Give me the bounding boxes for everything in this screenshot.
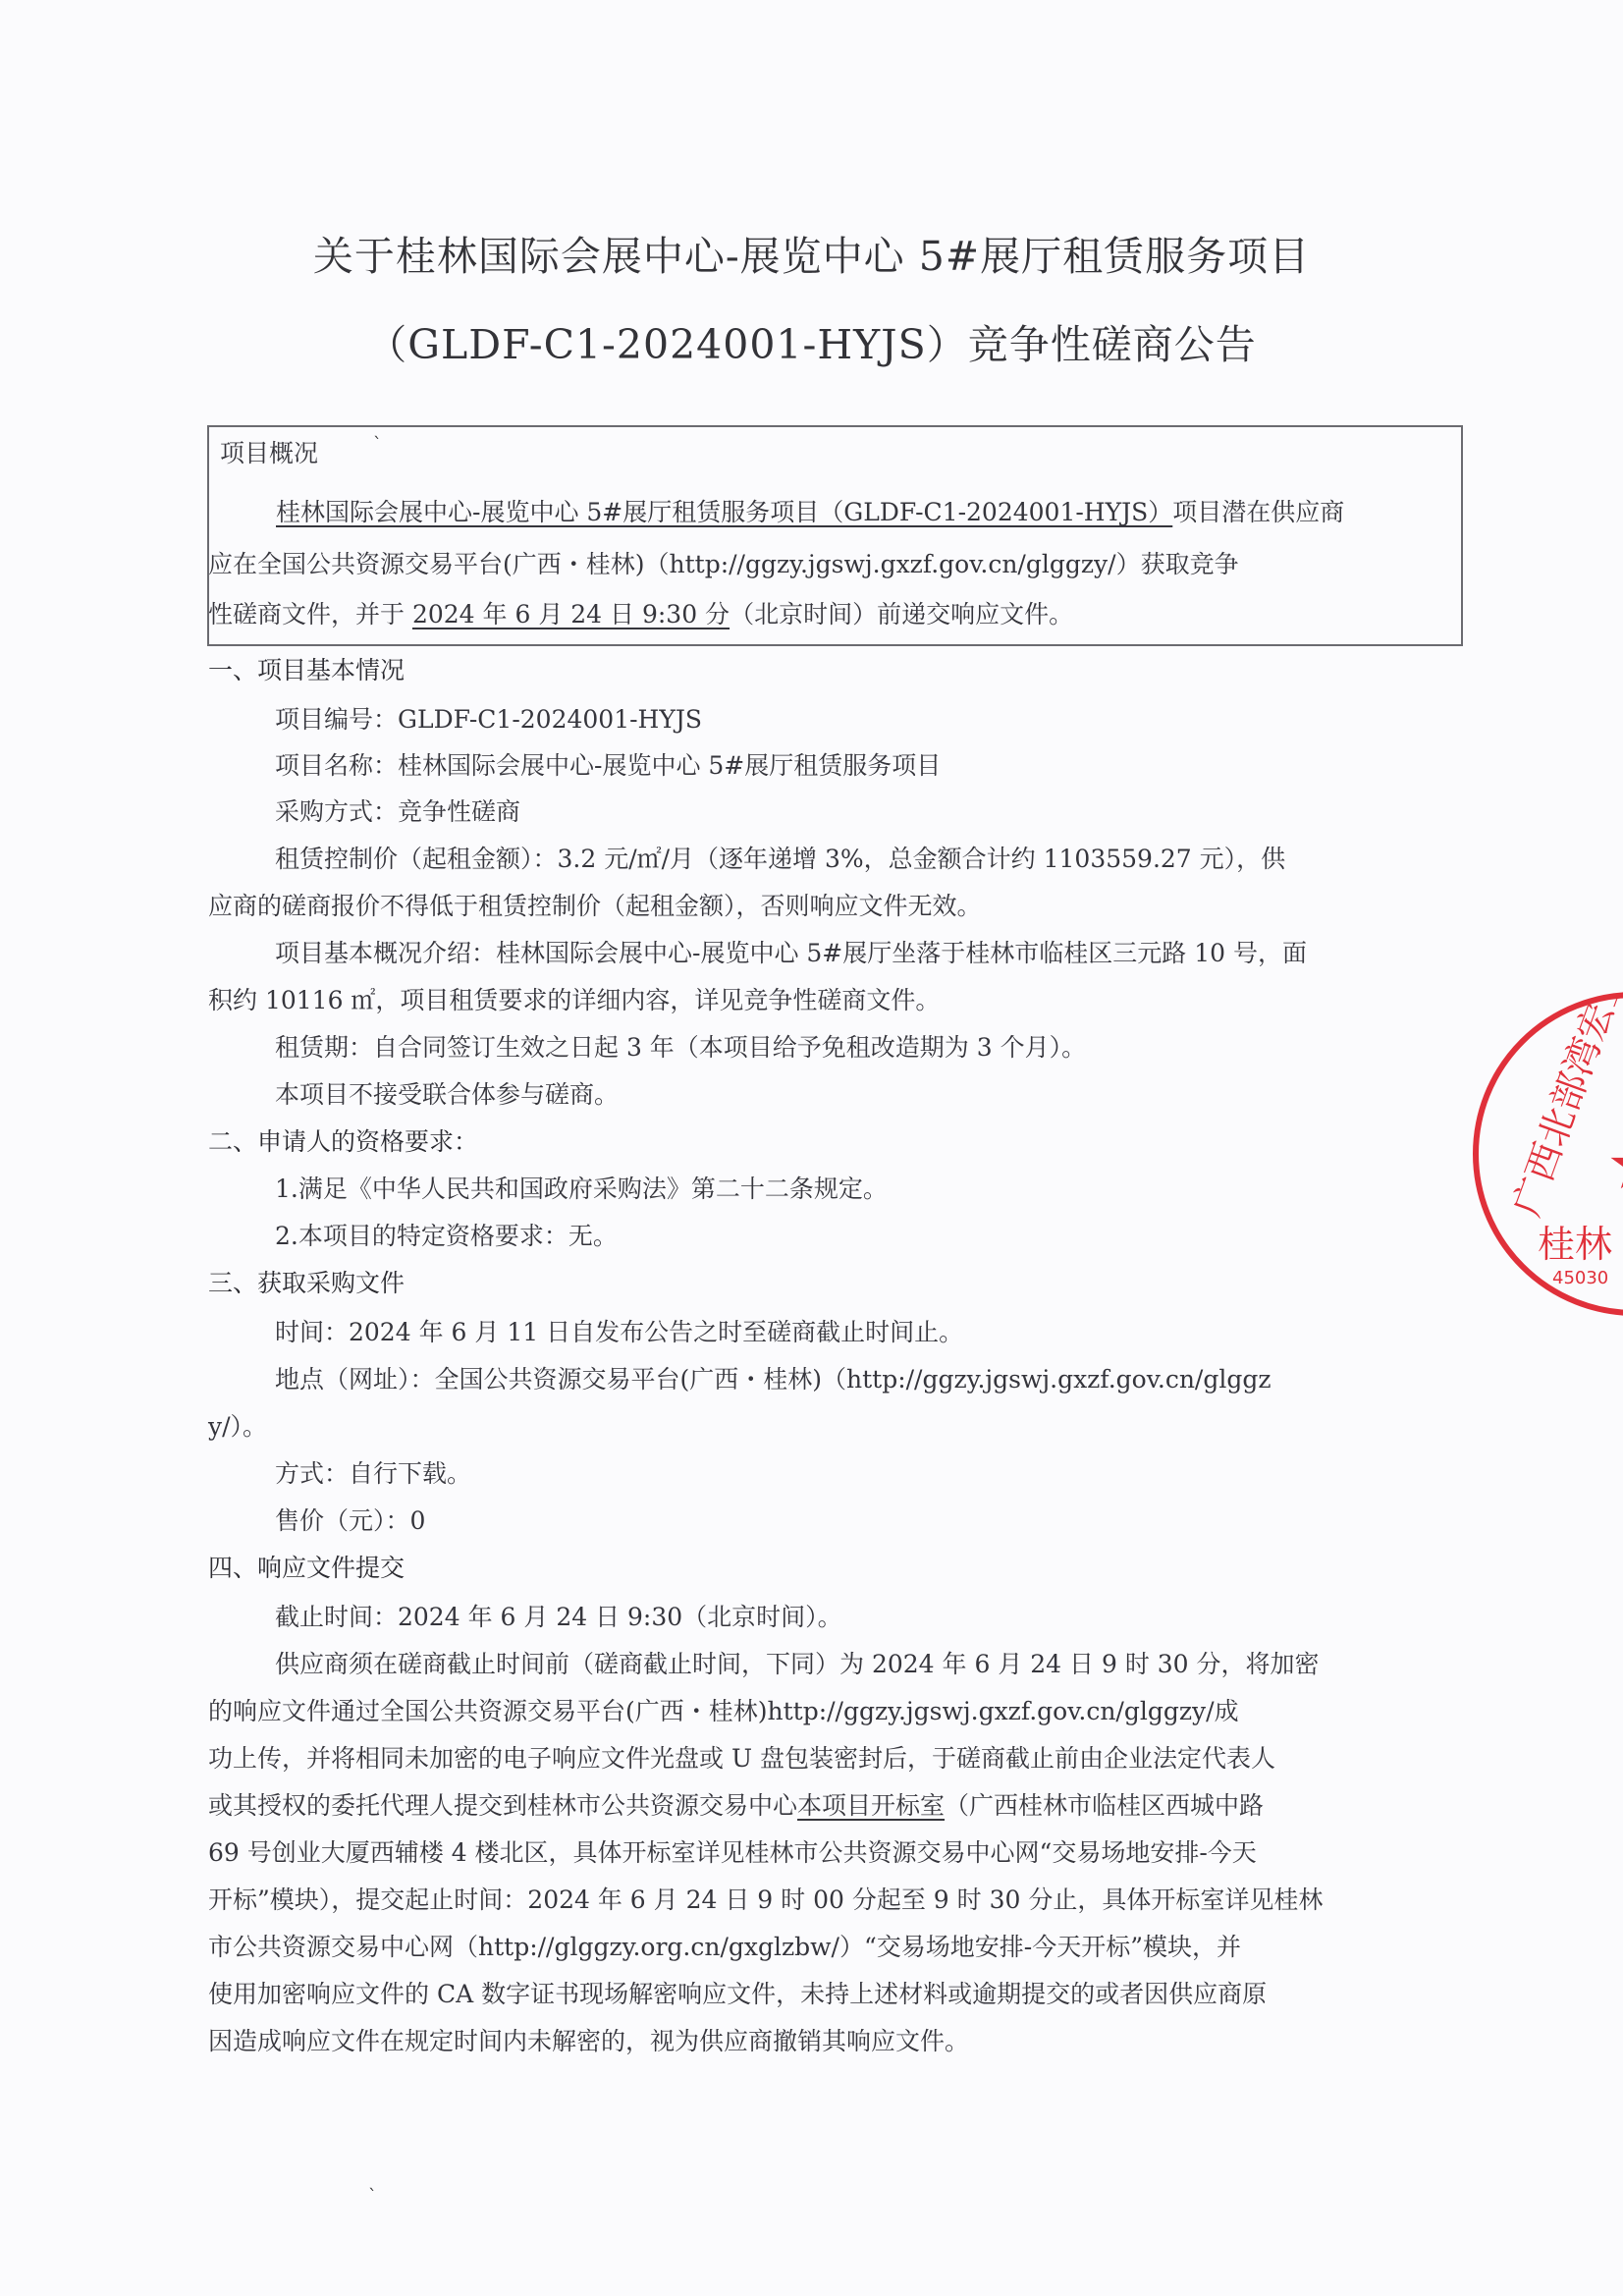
bid-opening-room-underlined: 本项目开标室 <box>797 1791 945 1820</box>
overview-paragraph-line3: 性磋商文件，并于 2024 年 6 月 24 日 9:30 分（北京时间）前递交… <box>208 598 1073 631</box>
overview-line3-pre: 性磋商文件，并于 <box>208 600 412 629</box>
section2-heading: 二、申请人的资格要求： <box>208 1125 478 1159</box>
seal-star-icon: ★ <box>1606 1130 1623 1199</box>
qualification-item-1: 1.满足《中华人民共和国政府采购法》第二十二条规定。 <box>275 1173 888 1206</box>
overview-deadline-underlined: 2024 年 6 月 24 日 9:30 分 <box>412 600 730 629</box>
rent-control-price-line2: 应商的磋商报价不得低于租赁控制价（起租金额），否则响应文件无效。 <box>208 890 982 923</box>
scan-mark: ˋ <box>373 434 382 455</box>
submission-para-line2: 的响应文件通过全国公共资源交易平台(广西・桂林)http://ggzy.jgsw… <box>208 1695 1239 1728</box>
section3-heading: 三、获取采购文件 <box>208 1267 405 1300</box>
procurement-method: 采购方式：竞争性磋商 <box>275 795 520 829</box>
overview-paragraph-line2: 应在全国公共资源交易平台(广西・桂林)（http://ggzy.jgswj.gx… <box>208 548 1239 581</box>
obtain-place-line2: y/）。 <box>208 1410 267 1444</box>
submission-para-line8: 使用加密响应文件的 CA 数字证书现场解密响应文件，未持上述材料或逾期提交的或者… <box>208 1978 1267 2011</box>
overview-paragraph-line1: 桂林国际会展中心-展览中心 5#展厅租赁服务项目（GLDF-C1-2024001… <box>276 496 1344 529</box>
lease-term: 租赁期：自合同签订生效之日起 3 年（本项目给予免租改造期为 3 个月）。 <box>275 1031 1086 1065</box>
submission-para-line4: 或其授权的委托代理人提交到桂林市公共资源交易中心本项目开标室（广西桂林市临桂区西… <box>208 1789 1264 1823</box>
project-intro-line1: 项目基本概况介绍：桂林国际会展中心-展览中心 5#展厅坐落于桂林市临桂区三元路 … <box>275 937 1307 970</box>
obtain-time: 时间：2024 年 6 月 11 日自发布公告之时至磋商截止时间止。 <box>275 1316 963 1349</box>
seal-code: 45030 <box>1552 1268 1608 1288</box>
rent-control-price-line1: 租赁控制价（起租金额）：3.2 元/㎡/月（逐年递增 3%，总金额合计约 110… <box>275 843 1285 876</box>
project-number: 项目编号：GLDF-C1-2024001-HYJS <box>275 703 702 737</box>
document-page: 关于桂林国际会展中心-展览中心 5#展厅租赁服务项目 （GLDF-C1-2024… <box>0 0 1623 2296</box>
obtain-method: 方式：自行下载。 <box>275 1457 471 1491</box>
official-seal: 广西北部湾宏亚 ★ 桂林 45030 <box>1473 992 1623 1316</box>
submission-line4-pre: 或其授权的委托代理人提交到桂林市公共资源交易中心 <box>208 1791 797 1820</box>
submission-para-line7: 市公共资源交易中心网（http://glggzy.org.cn/gxglzbw/… <box>208 1931 1241 1964</box>
qualification-item-2: 2.本项目的特定资格要求：无。 <box>275 1220 618 1253</box>
overview-line3-post: （北京时间）前递交响应文件。 <box>730 600 1073 629</box>
project-name: 项目名称：桂林国际会展中心-展览中心 5#展厅租赁服务项目 <box>275 749 941 783</box>
submission-para-line9: 因造成响应文件在规定时间内未解密的，视为供应商撤销其响应文件。 <box>208 2025 969 2058</box>
sale-price: 售价（元）：0 <box>275 1504 425 1538</box>
document-title-line1: 关于桂林国际会展中心-展览中心 5#展厅租赁服务项目 <box>0 224 1623 282</box>
section1-heading: 一、项目基本情况 <box>208 654 405 687</box>
submission-para-line6: 开标”模块），提交起止时间：2024 年 6 月 24 日 9 时 00 分起至… <box>208 1884 1323 1917</box>
submission-para-line3: 功上传，并将相同未加密的电子响应文件光盘或 U 盘包装密封后，于磋商截止前由企业… <box>208 1742 1275 1776</box>
seal-arc-text: 广西北部湾宏亚 <box>1496 992 1623 1223</box>
overview-project-name-underlined: 桂林国际会展中心-展览中心 5#展厅租赁服务项目（GLDF-C1-2024001… <box>276 498 1172 526</box>
document-title-line2: （GLDF-C1-2024001-HYJS）竞争性磋商公告 <box>0 312 1623 370</box>
obtain-place-line1: 地点（网址）：全国公共资源交易平台(广西・桂林)（http://ggzy.jgs… <box>275 1363 1271 1396</box>
scan-mark: ˋ <box>368 2186 377 2207</box>
section4-heading: 四、响应文件提交 <box>208 1552 405 1585</box>
submission-para-line5: 69 号创业大厦西辅楼 4 楼北区，具体开标室详见桂林市公共资源交易中心网“交易… <box>208 1836 1257 1870</box>
consortium-note: 本项目不接受联合体参与磋商。 <box>275 1078 619 1112</box>
seal-center-text: 桂林 <box>1538 1214 1612 1268</box>
overview-heading: 项目概况 <box>220 437 318 470</box>
project-intro-line2: 积约 10116 ㎡，项目租赁要求的详细内容，详见竞争性磋商文件。 <box>208 984 940 1017</box>
overview-line1-rest: 项目潜在供应商 <box>1172 498 1344 526</box>
submission-para-line1: 供应商须在磋商截止时间前（磋商截止时间，下同）为 2024 年 6 月 24 日… <box>275 1648 1320 1681</box>
submission-line4-post: （广西桂林市临桂区西城中路 <box>945 1791 1264 1820</box>
submission-deadline: 截止时间：2024 年 6 月 24 日 9:30（北京时间）。 <box>275 1601 842 1634</box>
